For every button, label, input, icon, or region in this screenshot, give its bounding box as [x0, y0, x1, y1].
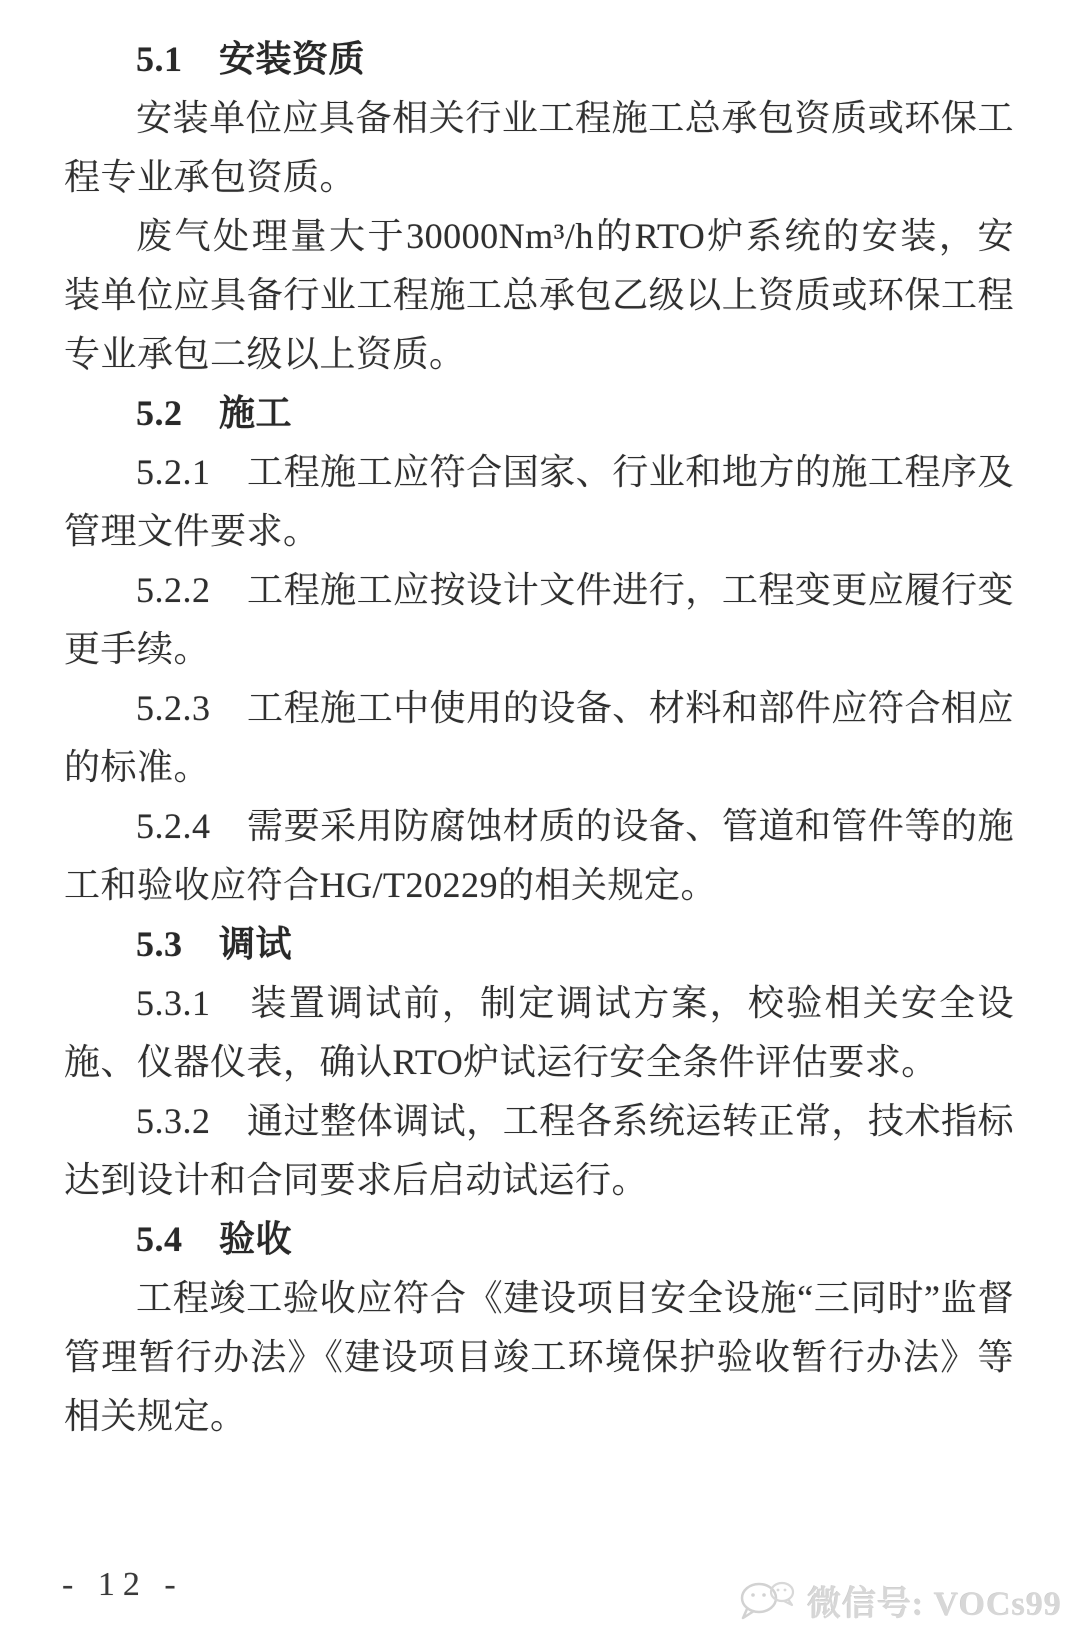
section-heading-5-3: 5.3 调试	[64, 915, 1014, 974]
paragraph: 5.3.1 装置调试前，制定调试方案，校验相关安全设施、仪器仪表，确认RTO炉试…	[64, 974, 1014, 1092]
watermark: 微信号: VOCs99	[737, 1576, 1062, 1625]
paragraph: 安装单位应具备相关行业工程施工总承包资质或环保工程专业承包资质。	[64, 89, 1014, 207]
document-page: 5.1 安装资质 安装单位应具备相关行业工程施工总承包资质或环保工程专业承包资质…	[0, 0, 1080, 1649]
page-number: - 12 -	[62, 1566, 184, 1604]
paragraph: 5.2.4 需要采用防腐蚀材质的设备、管道和管件等的施工和验收应符合HG/T20…	[64, 797, 1014, 915]
document-body: 5.1 安装资质 安装单位应具备相关行业工程施工总承包资质或环保工程专业承包资质…	[64, 30, 1014, 1446]
watermark-text: 微信号: VOCs99	[807, 1576, 1062, 1625]
wechat-icon	[737, 1578, 797, 1624]
paragraph: 5.2.1 工程施工应符合国家、行业和地方的施工程序及管理文件要求。	[64, 443, 1014, 561]
section-heading-5-4: 5.4 验收	[64, 1210, 1014, 1269]
paragraph: 5.3.2 通过整体调试，工程各系统运转正常，技术指标达到设计和合同要求后启动试…	[64, 1092, 1014, 1210]
paragraph: 5.2.2 工程施工应按设计文件进行，工程变更应履行变更手续。	[64, 561, 1014, 679]
paragraph: 5.2.3 工程施工中使用的设备、材料和部件应符合相应的标准。	[64, 679, 1014, 797]
paragraph: 工程竣工验收应符合《建设项目安全设施“三同时”监督管理暂行办法》《建设项目竣工环…	[64, 1269, 1014, 1446]
section-heading-5-1: 5.1 安装资质	[64, 30, 1014, 89]
paragraph: 废气处理量大于30000Nm³/h的RTO炉系统的安装，安装单位应具备行业工程施…	[64, 207, 1014, 384]
section-heading-5-2: 5.2 施工	[64, 384, 1014, 443]
